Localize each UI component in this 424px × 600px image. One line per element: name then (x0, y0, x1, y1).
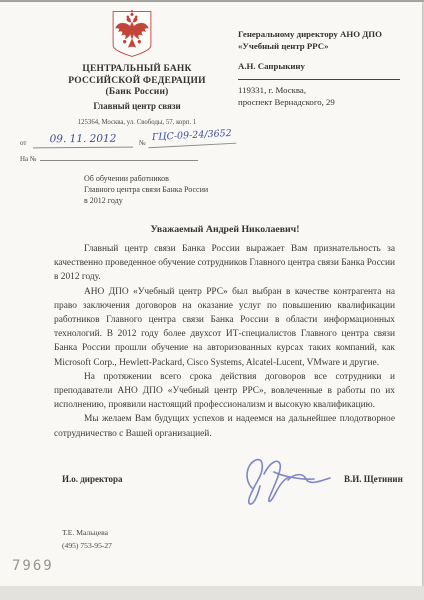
incoming-ref-line: На № (20, 152, 198, 163)
signer-name: В.И. Щетинин (344, 474, 403, 484)
handwritten-signature (230, 450, 334, 506)
recipient-divider (238, 79, 400, 80)
incoming-ref-blank (40, 152, 198, 161)
paragraph-4: Мы желаем Вам будущих успехов и надеемся… (54, 412, 395, 440)
bank-of-russia-emblem-icon (111, 10, 153, 58)
paragraph-3: На протяжении всего срока действия догов… (54, 370, 395, 413)
contact-block: Т.Е. Мальцева (495) 753-95-27 (62, 526, 112, 552)
subject-block: Об обучении работников Главного центра с… (84, 173, 254, 206)
department-name: Главный центр связи (27, 101, 247, 111)
bank-name-line3: (Банк России) (27, 87, 247, 99)
recipient-block: Генеральному директору АНО ДПО «Учебный … (238, 28, 404, 108)
letter-body: Главный центр связи Банка России выражае… (54, 242, 395, 441)
bank-name: ЦЕНТРАЛЬНЫЙ БАНК РОССИЙСКОЙ ФЕДЕРАЦИИ (Б… (27, 64, 247, 99)
bank-name-line1: ЦЕНТРАЛЬНЫЙ БАНК (27, 64, 247, 76)
contact-name: Т.Е. Мальцева (62, 526, 112, 539)
paragraph-1: Главный центр связи Банка России выражае… (54, 242, 395, 285)
sender-address: 125364, Москва, ул. Свободы, 57, корп. 1 (27, 119, 247, 126)
letter-page: ЦЕНТРАЛЬНЫЙ БАНК РОССИЙСКОЙ ФЕДЕРАЦИИ (Б… (0, 2, 422, 586)
scanned-letter: ЦЕНТРАЛЬНЫЙ БАНК РОССИЙСКОЙ ФЕДЕРАЦИИ (Б… (0, 0, 424, 600)
number-label: № (139, 139, 146, 147)
handwritten-number: ГЦС-09-24/3652 (148, 128, 237, 149)
reference-line: от 09. 11. 2012 № ГЦС-09-24/3652 (20, 132, 235, 150)
date-label: от (20, 139, 26, 147)
salutation: Уважаемый Андрей Николаевич! (55, 224, 395, 235)
incoming-ref-label: На № (20, 155, 37, 163)
subject-line3: в 2012 году (84, 195, 254, 206)
scan-edge-bottom (0, 586, 424, 600)
recipient-address: 119331, г. Москва, проспект Вернадского,… (238, 84, 404, 108)
bank-name-line2: РОССИЙСКОЙ ФЕДЕРАЦИИ (27, 76, 247, 88)
recipient-position-line2: «Учебный центр РРС» (238, 40, 404, 52)
subject-line2: Главного центра связи Банка России (84, 184, 254, 195)
recipient-name: А.Н. Сапрыкину (238, 61, 404, 71)
document-number-stamp: 7969 (12, 558, 54, 574)
handwritten-date: 09. 11. 2012 (33, 133, 133, 149)
signer-title: И.о. директора (62, 474, 122, 484)
recipient-address-line2: проспект Вернадского, 29 (238, 96, 404, 108)
recipient-address-line1: 119331, г. Москва, (238, 84, 404, 96)
paragraph-2: АНО ДПО «Учебный центр РРС» был выбран в… (54, 285, 395, 370)
subject-line1: Об обучении работников (84, 173, 254, 184)
contact-phone: (495) 753-95-27 (62, 539, 112, 552)
recipient-position-line1: Генеральному директору АНО ДПО (238, 28, 404, 40)
